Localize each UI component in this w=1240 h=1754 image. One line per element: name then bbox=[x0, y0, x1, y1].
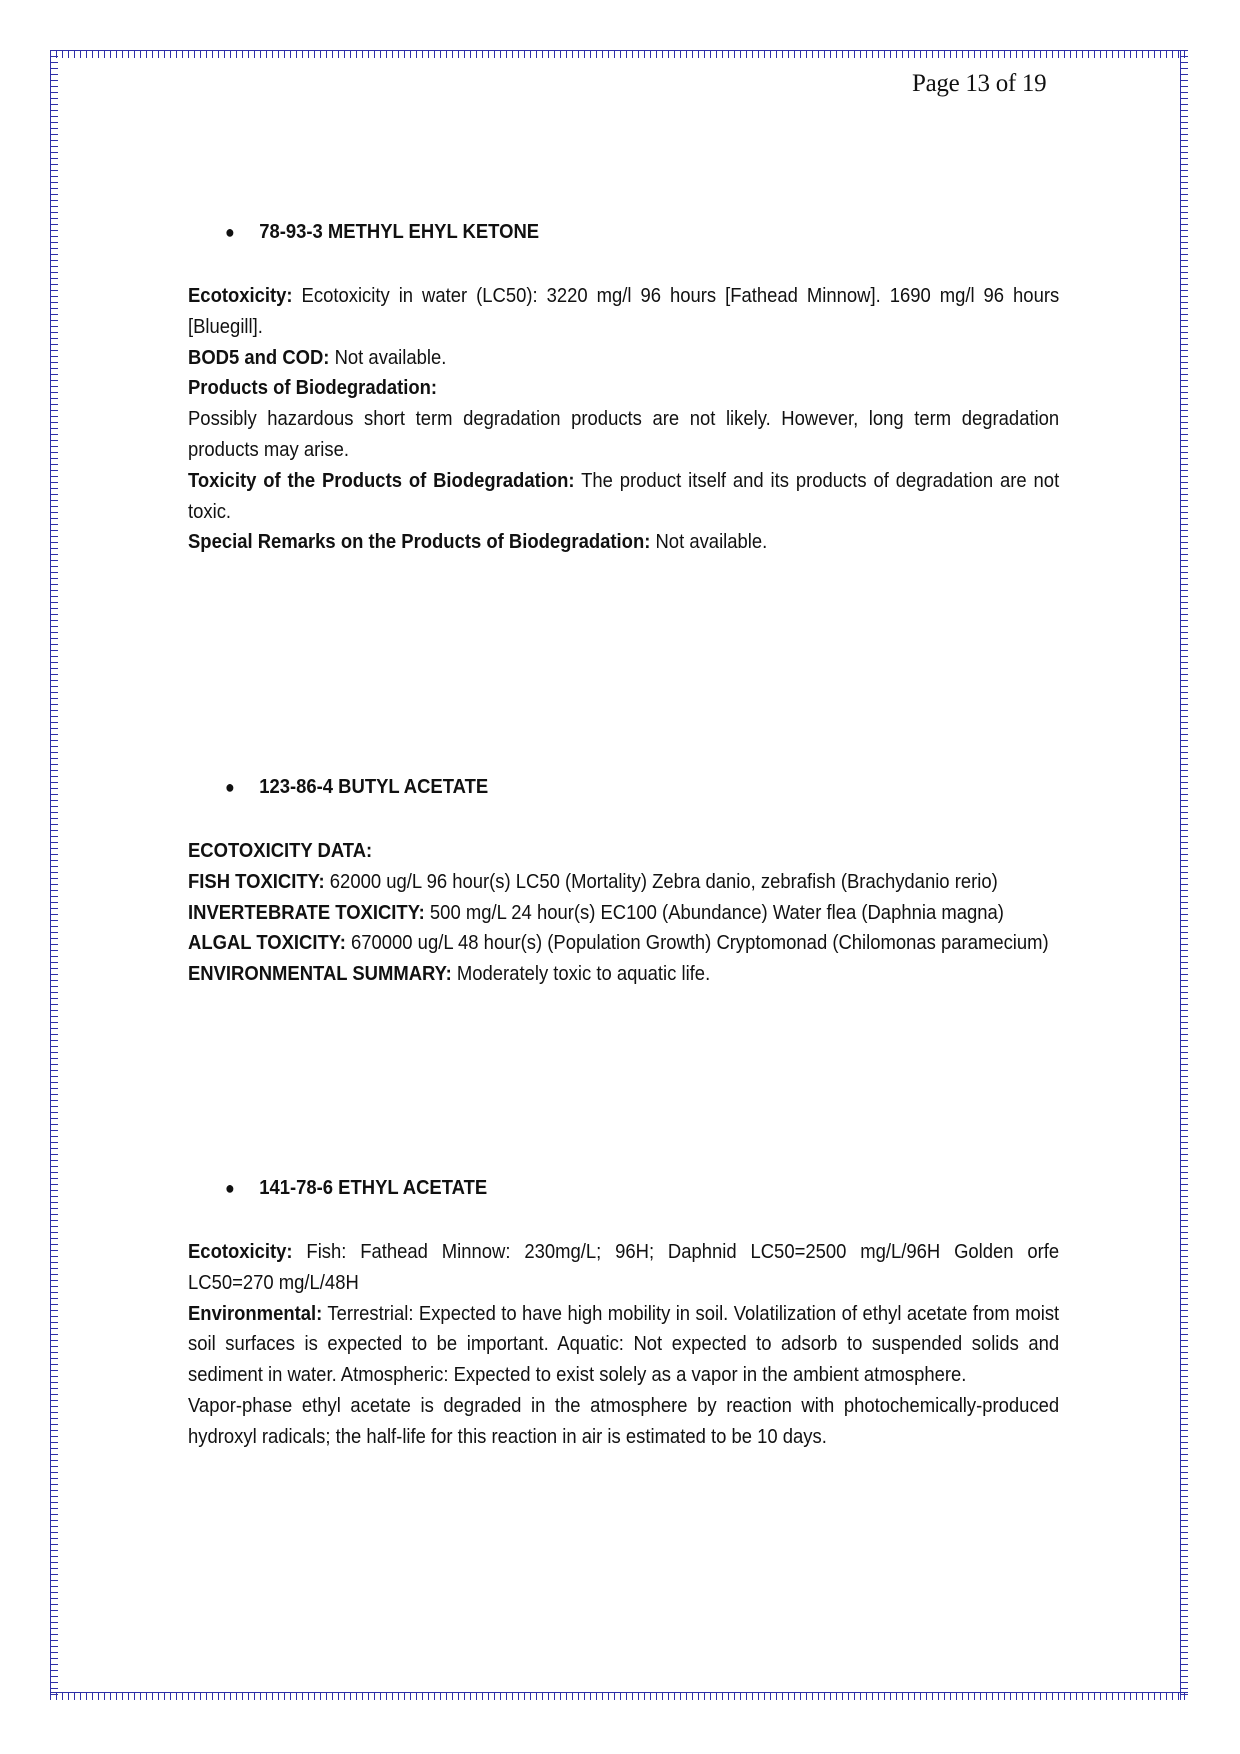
border-bottom bbox=[50, 1692, 1188, 1700]
entry-algal-toxicity: ALGAL TOXICITY: 670000 ug/L 48 hour(s) (… bbox=[188, 928, 1059, 959]
heading-text: 141-78-6 ETHYL ACETATE bbox=[259, 1176, 487, 1199]
page-number: Page 13 of 19 bbox=[912, 70, 1046, 98]
entry-environmental-summary: ENVIRONMENTAL SUMMARY: Moderately toxic … bbox=[188, 959, 1059, 990]
border-left bbox=[50, 50, 58, 1700]
section-heading: ●141-78-6 ETHYL ACETATE bbox=[225, 1176, 487, 1200]
section-body: Ecotoxicity: Ecotoxicity in water (LC50)… bbox=[188, 281, 1060, 558]
entry-special-remarks: Special Remarks on the Products of Biode… bbox=[188, 527, 1059, 558]
bullet-icon: ● bbox=[225, 222, 259, 243]
section-body: ECOTOXICITY DATA: FISH TOXICITY: 62000 u… bbox=[188, 836, 1060, 990]
entry-biodegradation-detail: Possibly hazardous short term degradatio… bbox=[188, 404, 1059, 466]
border-top bbox=[50, 50, 1188, 58]
entry-environmental: Environmental: Terrestrial: Expected to … bbox=[188, 1299, 1059, 1391]
section-heading: ●78-93-3 METHYL EHYL KETONE bbox=[225, 220, 539, 244]
entry-toxicity-of-products: Toxicity of the Products of Biodegradati… bbox=[188, 466, 1059, 528]
section-heading: ●123-86-4 BUTYL ACETATE bbox=[225, 775, 488, 799]
border-right bbox=[1180, 50, 1188, 1700]
heading-text: 123-86-4 BUTYL ACETATE bbox=[259, 775, 488, 798]
entry-products-of-biodegradation: Products of Biodegradation: bbox=[188, 373, 1059, 404]
entry-ecotoxicity: Ecotoxicity: Ecotoxicity in water (LC50)… bbox=[188, 281, 1059, 343]
entry-invertebrate-toxicity: INVERTEBRATE TOXICITY: 500 mg/L 24 hour(… bbox=[188, 898, 1059, 929]
entry-vapor-phase: Vapor-phase ethyl acetate is degraded in… bbox=[188, 1391, 1059, 1453]
entry-ecotoxicity: Ecotoxicity: Fish: Fathead Minnow: 230mg… bbox=[188, 1237, 1059, 1299]
bullet-icon: ● bbox=[225, 1178, 259, 1199]
heading-text: 78-93-3 METHYL EHYL KETONE bbox=[259, 220, 539, 243]
bullet-icon: ● bbox=[225, 777, 259, 798]
entry-fish-toxicity: FISH TOXICITY: 62000 ug/L 96 hour(s) LC5… bbox=[188, 867, 1059, 898]
section-body: Ecotoxicity: Fish: Fathead Minnow: 230mg… bbox=[188, 1237, 1060, 1453]
entry-ecotoxicity-data: ECOTOXICITY DATA: bbox=[188, 836, 1059, 867]
entry-bod5-cod: BOD5 and COD: Not available. bbox=[188, 343, 1059, 374]
